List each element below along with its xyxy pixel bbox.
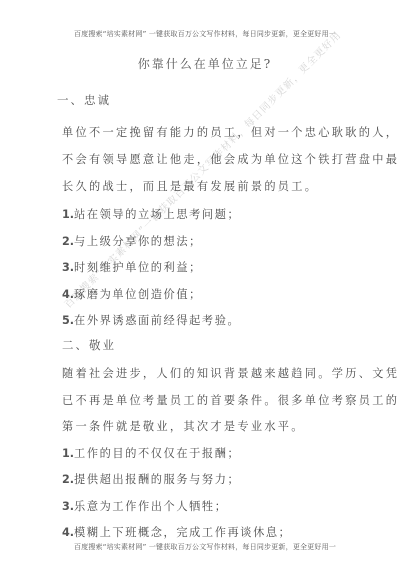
list-item-number: 5.	[62, 314, 74, 327]
list-item-text: 与上级分享你的想法；	[74, 235, 202, 248]
paragraph-line: 单位不一定挽留有能力的员工，但对一个忠心耿耿的人，	[62, 124, 399, 140]
paragraph-line: 第一条件就是敬业，其次才是专业水平。	[62, 418, 305, 434]
list-item-number: 4.	[62, 288, 74, 301]
list-item: 3.乐意为工作作出个人牺牲；	[62, 498, 228, 514]
list-item: 5.在外界诱惑面前经得起考验。	[62, 312, 240, 328]
list-item-number: 3.	[62, 261, 74, 274]
list-item: 2.提供超出报酬的服务与努力；	[62, 471, 240, 487]
list-item-text: 模糊上下班概念，完成工作再谈休息；	[74, 526, 291, 539]
paragraph-line: 长久的战士，而且是最有发展前景的员工。	[62, 178, 318, 194]
page-title: 你靠什么在单位立足?	[0, 55, 410, 72]
list-item: 4.琢磨为单位创造价值；	[62, 286, 202, 302]
list-item: 1.站在领导的立场上思考问题；	[62, 206, 240, 222]
list-item-text: 提供超出报酬的服务与努力；	[74, 473, 240, 486]
list-item-number: 1.	[62, 447, 74, 460]
list-item: 2.与上级分享你的想法；	[62, 233, 202, 249]
list-item-number: 1.	[62, 208, 74, 221]
header-banner: 百度搜索“培实素材网” 一键获取百万公文写作材料，每日同步更新，更全更好用一	[0, 29, 410, 39]
list-item-number: 2.	[62, 473, 74, 486]
paragraph-line: 不会有领导愿意让他走，他会成为单位这个铁打营盘中最	[62, 151, 399, 167]
footer-banner: 百度搜索“培实素材网” 一键获取百万公文写作材料，每日同步更新，更全更好用一	[0, 542, 410, 552]
list-item-text: 时刻维护单位的利益；	[74, 261, 202, 274]
list-item-text: 工作的目的不仅仅在于报酬；	[74, 447, 240, 460]
list-item: 1.工作的目的不仅仅在于报酬；	[62, 445, 240, 461]
list-item-number: 3.	[62, 500, 74, 513]
list-item-number: 4.	[62, 526, 74, 539]
list-item: 4.模糊上下班概念，完成工作再谈休息；	[62, 524, 291, 540]
list-item-text: 乐意为工作作出个人牺牲；	[74, 500, 227, 513]
list-item-text: 琢磨为单位创造价值；	[74, 288, 202, 301]
section-heading-dedication: 二、敬业	[62, 337, 116, 353]
list-item-number: 2.	[62, 235, 74, 248]
section-heading-loyalty: 一、忠诚	[57, 92, 111, 108]
paragraph-line: 已不再是单位考量员工的首要条件。很多单位考察员工的	[62, 392, 399, 408]
paragraph-line: 随着社会进步，人们的知识背景越来越趋同。学历、文凭	[62, 365, 399, 381]
list-item-text: 在外界诱惑面前经得起考验。	[74, 314, 240, 327]
list-item: 3.时刻维护单位的利益；	[62, 259, 202, 275]
list-item-text: 站在领导的立场上思考问题；	[74, 208, 240, 221]
